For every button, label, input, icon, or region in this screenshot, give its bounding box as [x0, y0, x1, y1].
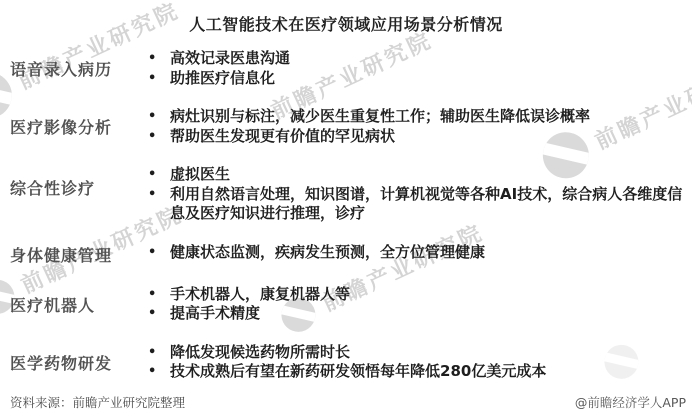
bullet-text: 助推医疗信息化: [170, 69, 688, 89]
bullet-icon: •: [145, 304, 170, 324]
infographic-page: 前瞻产业研究院 前瞻产业研究院 前瞻产业研究院 前瞻产业研究院 前瞻产业研究院 …: [0, 0, 692, 420]
scenario-row: 语音录入病历 •高效记录医患沟通•助推医疗信息化: [10, 49, 688, 88]
bullet-text: 技术成熟后有望在新药研发领悟每年降低280亿美元成本: [170, 362, 688, 382]
bullet-item: •高效记录医患沟通: [145, 49, 688, 69]
scenario-row: 综合性诊疗 •虚拟医生•利用自然语言处理，知识图谱，计算机视觉等各种AI技术，综…: [10, 165, 688, 224]
bullet-text: 虚拟医生: [170, 165, 688, 185]
bullet-item: •虚拟医生: [145, 165, 688, 185]
scenario-row: 身体健康管理 •健康状态监测，疾病发生预测，全方位管理健康: [10, 243, 688, 266]
bullet-item: •技术成熟后有望在新药研发领悟每年降低280亿美元成本: [145, 362, 688, 382]
scenario-bullets: •健康状态监测，疾病发生预测，全方位管理健康: [145, 243, 688, 266]
bullet-text: 高效记录医患沟通: [170, 49, 688, 69]
bullet-icon: •: [145, 362, 170, 382]
bullet-item: •病灶识别与标注，减少医生重复性工作；辅助医生降低误诊概率: [145, 107, 688, 127]
bullet-text: 降低发现候选药物所需时长: [170, 343, 688, 363]
bullet-icon: •: [145, 49, 170, 69]
bullet-item: •帮助医生发现更有价值的罕见病状: [145, 127, 688, 147]
scenario-bullets: •高效记录医患沟通•助推医疗信息化: [145, 49, 688, 88]
scenario-label: 综合性诊疗: [10, 165, 145, 224]
scenario-row: 医疗影像分析 •病灶识别与标注，减少医生重复性工作；辅助医生降低误诊概率•帮助医…: [10, 107, 688, 146]
bullet-icon: •: [145, 285, 170, 305]
bullet-icon: •: [145, 185, 170, 224]
bullet-item: •降低发现候选药物所需时长: [145, 343, 688, 363]
bullet-icon: •: [145, 69, 170, 89]
scenario-bullets: •病灶识别与标注，减少医生重复性工作；辅助医生降低误诊概率•帮助医生发现更有价值…: [145, 107, 688, 146]
footer: 资料来源：前瞻产业研究院整理 @前瞻经济学人APP: [10, 393, 686, 411]
bullet-item: •利用自然语言处理，知识图谱，计算机视觉等各种AI技术，综合病人各维度信息及医疗…: [145, 185, 688, 224]
scenario-label: 语音录入病历: [10, 49, 145, 88]
bullet-text: 提高手术精度: [170, 304, 688, 324]
source-note: 资料来源：前瞻产业研究院整理: [10, 393, 185, 411]
bullet-icon: •: [145, 107, 170, 127]
bullet-item: •健康状态监测，疾病发生预测，全方位管理健康: [145, 243, 688, 263]
scenario-bullets: •虚拟医生•利用自然语言处理，知识图谱，计算机视觉等各种AI技术，综合病人各维度…: [145, 165, 688, 224]
bullet-text: 手术机器人，康复机器人等: [170, 285, 688, 305]
bullet-icon: •: [145, 165, 170, 185]
bullet-item: •助推医疗信息化: [145, 69, 688, 89]
scenario-label: 医疗机器人: [10, 285, 145, 324]
bullet-icon: •: [145, 127, 170, 147]
bullet-text: 利用自然语言处理，知识图谱，计算机视觉等各种AI技术，综合病人各维度信息及医疗知…: [170, 185, 688, 224]
bullet-text: 病灶识别与标注，减少医生重复性工作；辅助医生降低误诊概率: [170, 107, 688, 127]
bullet-text: 健康状态监测，疾病发生预测，全方位管理健康: [170, 243, 688, 263]
page-title: 人工智能技术在医疗领域应用场景分析情况: [0, 12, 692, 35]
scenario-bullets: •手术机器人，康复机器人等•提高手术精度: [145, 285, 688, 324]
bullet-icon: •: [145, 243, 170, 263]
scenario-bullets: •降低发现候选药物所需时长•技术成熟后有望在新药研发领悟每年降低280亿美元成本: [145, 343, 688, 382]
scenario-label: 医疗影像分析: [10, 107, 145, 146]
scenario-row: 医疗机器人 •手术机器人，康复机器人等•提高手术精度: [10, 285, 688, 324]
app-credit: @前瞻经济学人APP: [575, 393, 686, 411]
scenario-label: 医学药物研发: [10, 343, 145, 382]
bullet-item: •手术机器人，康复机器人等: [145, 285, 688, 305]
scenario-row: 医学药物研发 •降低发现候选药物所需时长•技术成熟后有望在新药研发领悟每年降低2…: [10, 343, 688, 382]
scenario-label: 身体健康管理: [10, 243, 145, 266]
bullet-item: •提高手术精度: [145, 304, 688, 324]
bullet-text: 帮助医生发现更有价值的罕见病状: [170, 127, 688, 147]
scenario-table: 语音录入病历 •高效记录医患沟通•助推医疗信息化 医疗影像分析 •病灶识别与标注…: [10, 49, 688, 401]
bullet-icon: •: [145, 343, 170, 363]
